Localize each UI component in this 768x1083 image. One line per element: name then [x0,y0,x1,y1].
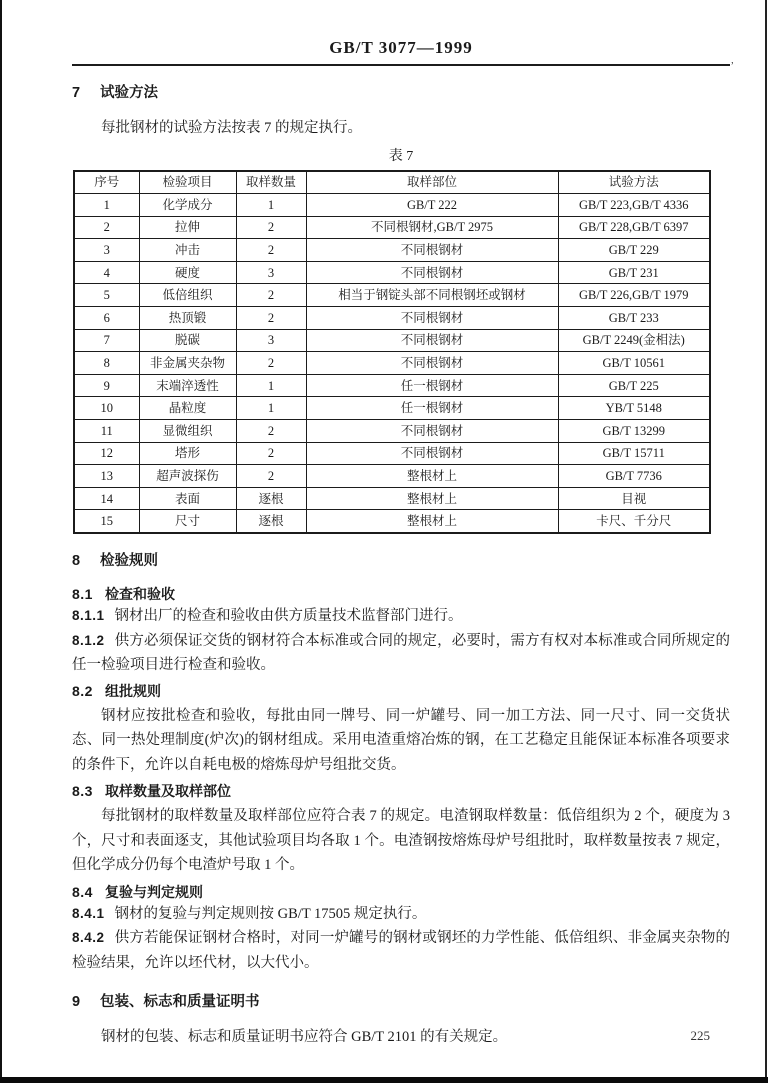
clause-8-1-1: 8.1.1钢材出厂的检查和验收由供方质量技术监督部门进行。 [72,604,730,629]
table-cell: 硬度 [139,261,236,284]
table-cell: 整根材上 [306,465,558,488]
table-cell: YB/T 5148 [558,397,710,420]
clause-8-1-2: 8.1.2供方必须保证交货的钢材符合本标准或合同的规定，必要时，需方有权对本标准… [72,629,730,678]
table-cell: 不同根钢材,GB/T 2975 [306,216,558,239]
table-cell: 低倍组织 [139,284,236,307]
table-cell: 3 [236,261,306,284]
table-cell: 2 [236,442,306,465]
section-7-title: 试验方法 [100,85,158,101]
table-cell: 不同根钢材 [306,420,558,443]
section-7-number: 7 [72,83,86,103]
table-column-header: 取样数量 [236,171,306,194]
table-cell: 14 [74,487,139,510]
clause-8-4-2-number: 8.4.2 [72,930,105,945]
table-cell: 目视 [558,487,710,510]
document-page: GB/T 3077—1999 ’ 7试验方法 每批钢材的试验方法按表 7 的规定… [0,0,768,1050]
clause-8-4-1-number: 8.4.1 [72,906,105,921]
clause-8-3-title: 取样数量及取样部位 [105,783,231,799]
clause-8-4-2-text: 供方若能保证钢材合格时，对同一炉罐号的钢材或钢坯的力学性能、低倍组织、非金属夹杂… [72,930,730,971]
table-cell: 整根材上 [306,487,558,510]
table-cell: GB/T 222 [306,194,558,217]
table-cell: GB/T 10561 [558,352,710,375]
table-cell: 晶粒度 [139,397,236,420]
table-column-header: 试验方法 [558,171,710,194]
section-9-title: 包装、标志和质量证明书 [100,994,260,1010]
section-7-paragraph: 每批钢材的试验方法按表 7 的规定执行。 [72,116,730,141]
scan-edge-bottom [0,1077,768,1083]
table-cell: 卡尺、千分尺 [558,510,710,533]
table-column-header: 取样部位 [306,171,558,194]
section-9-number: 9 [72,992,86,1012]
section-8-heading: 8检验规则 [72,551,730,571]
clause-8-2-heading: 8.2组批规则 [72,681,730,701]
table-cell: 不同根钢材 [306,307,558,330]
table-cell: GB/T 231 [558,261,710,284]
table-row: 2拉伸2不同根钢材,GB/T 2975GB/T 228,GB/T 6397 [74,216,710,239]
section-8-title: 检验规则 [100,553,158,569]
clause-8-2-title: 组批规则 [105,683,161,699]
table-cell: GB/T 13299 [558,420,710,443]
table-cell: 末端淬透性 [139,374,236,397]
table-cell: 9 [74,374,139,397]
clause-8-4-1-text: 钢材的复验与判定规则按 GB/T 17505 规定执行。 [115,906,427,922]
clause-8-3-paragraph: 每批钢材的取样数量及取样部位应符合表 7 的规定。电渣钢取样数量：低倍组织为 2… [72,804,730,878]
section-9-heading: 9包装、标志和质量证明书 [72,992,730,1012]
table-cell: 3 [236,329,306,352]
rule-tick-mark: ’ [731,61,734,72]
table-cell: 2 [236,420,306,443]
table-cell: 1 [236,374,306,397]
table-cell: GB/T 223,GB/T 4336 [558,194,710,217]
table-header-row: 序号检验项目取样数量取样部位试验方法 [74,171,710,194]
table-cell: GB/T 7736 [558,465,710,488]
clause-8-2-number: 8.2 [72,683,93,699]
table-cell: 拉伸 [139,216,236,239]
table-cell: 不同根钢材 [306,329,558,352]
table-cell: 任一根钢材 [306,374,558,397]
table-row: 6热顶锻2不同根钢材GB/T 233 [74,307,710,330]
clause-8-1-heading: 8.1检查和验收 [72,584,730,604]
table-cell: 1 [74,194,139,217]
table-row: 5低倍组织2相当于钢锭头部不同根钢坯或钢材GB/T 226,GB/T 1979 [74,284,710,307]
table-cell: 6 [74,307,139,330]
clause-8-3-number: 8.3 [72,783,93,799]
clause-8-1-1-text: 钢材出厂的检查和验收由供方质量技术监督部门进行。 [115,608,463,624]
table-cell: GB/T 2249(金相法) [558,329,710,352]
table-cell: 冲击 [139,239,236,262]
clause-8-1-title: 检查和验收 [105,586,175,602]
table-cell: 8 [74,352,139,375]
page-number: 225 [691,1028,711,1044]
clause-8-1-1-number: 8.1.1 [72,608,105,623]
table-row: 13超声波探伤2整根材上GB/T 7736 [74,465,710,488]
clause-8-1-2-text: 供方必须保证交货的钢材符合本标准或合同的规定，必要时，需方有权对本标准或合同所规… [72,633,730,674]
table-cell: 不同根钢材 [306,352,558,375]
table-cell: 不同根钢材 [306,442,558,465]
table-cell: 1 [236,194,306,217]
table-cell: 不同根钢材 [306,239,558,262]
table-7: 序号检验项目取样数量取样部位试验方法 1化学成分1GB/T 222GB/T 22… [73,170,711,535]
clause-8-1-2-number: 8.1.2 [72,633,105,648]
table-row: 3冲击2不同根钢材GB/T 229 [74,239,710,262]
table-cell: 2 [236,307,306,330]
table-cell: 整根材上 [306,510,558,533]
table-row: 10晶粒度1任一根钢材YB/T 5148 [74,397,710,420]
table-cell: 塔形 [139,442,236,465]
table-row: 15尺寸逐根整根材上卡尺、千分尺 [74,510,710,533]
table-cell: 任一根钢材 [306,397,558,420]
table-row: 9末端淬透性1任一根钢材GB/T 225 [74,374,710,397]
table-cell: 12 [74,442,139,465]
table-row: 7脱碳3不同根钢材GB/T 2249(金相法) [74,329,710,352]
section-7-heading: 7试验方法 [72,83,730,103]
table-cell: GB/T 233 [558,307,710,330]
clause-8-1-number: 8.1 [72,586,93,602]
table-cell: 2 [236,284,306,307]
clause-8-2-paragraph: 钢材应按批检查和验收，每批由同一牌号、同一炉罐号、同一加工方法、同一尺寸、同一交… [72,704,730,778]
table-cell: 15 [74,510,139,533]
table-cell: 表面 [139,487,236,510]
table-cell: 逐根 [236,487,306,510]
clause-8-4-2: 8.4.2供方若能保证钢材合格时，对同一炉罐号的钢材或钢坯的力学性能、低倍组织、… [72,926,730,975]
header-rule: ’ [72,64,730,66]
table-row: 14表面逐根整根材上目视 [74,487,710,510]
clause-8-4-number: 8.4 [72,884,93,900]
table-row: 11显微组织2不同根钢材GB/T 13299 [74,420,710,443]
table-cell: GB/T 225 [558,374,710,397]
table-column-header: 检验项目 [139,171,236,194]
table-cell: 10 [74,397,139,420]
table-cell: 相当于钢锭头部不同根钢坯或钢材 [306,284,558,307]
table-cell: GB/T 229 [558,239,710,262]
clause-8-3-heading: 8.3取样数量及取样部位 [72,781,730,801]
table-row: 1化学成分1GB/T 222GB/T 223,GB/T 4336 [74,194,710,217]
table-cell: 显微组织 [139,420,236,443]
table-cell: GB/T 15711 [558,442,710,465]
standard-code-header: GB/T 3077—1999 [72,38,730,58]
table-cell: 2 [74,216,139,239]
table-cell: 超声波探伤 [139,465,236,488]
table-cell: 化学成分 [139,194,236,217]
table-cell: 13 [74,465,139,488]
table-cell: 2 [236,216,306,239]
table-cell: 尺寸 [139,510,236,533]
table-cell: 5 [74,284,139,307]
table-cell: 热顶锻 [139,307,236,330]
table-7-caption: 表 7 [72,145,730,165]
table-cell: 脱碳 [139,329,236,352]
table-cell: 不同根钢材 [306,261,558,284]
table-cell: GB/T 226,GB/T 1979 [558,284,710,307]
table-cell: GB/T 228,GB/T 6397 [558,216,710,239]
table-column-header: 序号 [74,171,139,194]
table-row: 12塔形2不同根钢材GB/T 15711 [74,442,710,465]
table-row: 8非金属夹杂物2不同根钢材GB/T 10561 [74,352,710,375]
table-cell: 2 [236,352,306,375]
table-cell: 2 [236,465,306,488]
table-cell: 逐根 [236,510,306,533]
table-cell: 4 [74,261,139,284]
table-cell: 7 [74,329,139,352]
clause-8-4-heading: 8.4复验与判定规则 [72,882,730,902]
clause-8-4-title: 复验与判定规则 [105,884,203,900]
section-9-paragraph: 钢材的包装、标志和质量证明书应符合 GB/T 2101 的有关规定。 [72,1025,730,1050]
table-cell: 3 [74,239,139,262]
table-cell: 非金属夹杂物 [139,352,236,375]
table-row: 4硬度3不同根钢材GB/T 231 [74,261,710,284]
table-cell: 2 [236,239,306,262]
table-cell: 1 [236,397,306,420]
clause-8-4-1: 8.4.1钢材的复验与判定规则按 GB/T 17505 规定执行。 [72,902,730,927]
section-8-number: 8 [72,551,86,571]
table-cell: 11 [74,420,139,443]
